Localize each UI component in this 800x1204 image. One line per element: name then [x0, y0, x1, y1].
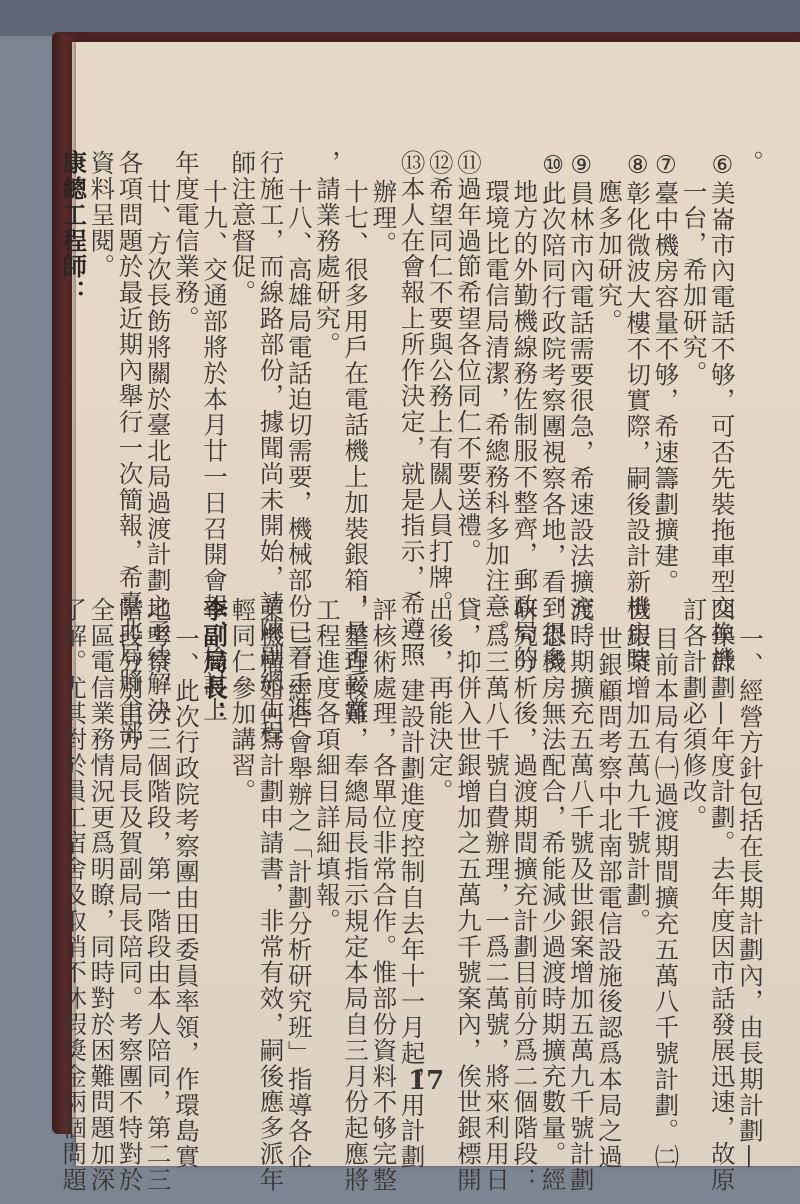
text-column: ，整理較難，奉總局長指示規定本局自三月份起應將 — [341, 597, 369, 1067]
text-column: 各項問題於最近期內舉行一次簡報，希臺北局將全部 — [115, 150, 143, 580]
text-column: 訂各計劃必須修改。 — [679, 597, 707, 1067]
item-6: ⑥美崙市內電話不够，可否先裝拖車型交換機 — [708, 150, 736, 580]
section-2: 二、建設計劃進度控制自去年十一月起，用計劃 — [397, 597, 425, 1067]
item-19: 十九、交通部將於本月廿一日召開會報，檢討上 — [200, 150, 228, 580]
text-column: 應多加研究。 — [595, 150, 623, 580]
section-1-li: 一、此次行政院考察團由田委員率領，作環島實 — [172, 597, 200, 1067]
text-column: 業機構如何寫計劃申請書，非常有效，嗣後應多派年 — [256, 597, 284, 1067]
text-column: 地考察，分三個階段，第一階段由本人陪同，第二三 — [144, 597, 172, 1067]
item-11: ⑪過年過節希望各位同仁不要送禮。 — [454, 150, 482, 580]
item-17: 十七、很多用戶在電話機上加裝銀箱，是否妥當 — [341, 150, 369, 580]
text-column: 四年計劃—年度計劃。去年度因市話發展迅速，故原 — [708, 597, 736, 1067]
section-1: 一、經營方針包括在長期計劃內，由長期計劃— — [736, 597, 764, 1067]
background-top — [0, 0, 800, 36]
text-column: 環境比電信局清潔，希總務科多加注意。 — [482, 150, 510, 580]
text-column: 年度電信業務。 — [172, 150, 200, 580]
item-12: ⑫希望同仁不要與公務上有關人員打牌。 — [426, 150, 454, 580]
text-column: 世銀案增加五萬九千號計劃。 — [623, 597, 651, 1067]
text-column: 師注意督促。 — [228, 150, 256, 580]
page-number: 17 — [408, 1066, 444, 1096]
text-column: 資料呈閱。 — [87, 150, 115, 580]
item-7: ⑦臺中機房容量不够，希速籌劃擴建。 — [651, 150, 679, 580]
text-column: 貸，抑併入世銀增加之五萬九千號案內，俟世銀標開 — [454, 597, 482, 1067]
upper-text-block: 。 ⑥美崙市內電話不够，可否先裝拖車型交換機 一台，希加研究。 ⑦臺中機房容量不… — [59, 150, 764, 580]
lower-text-block: 一、經營方針包括在長期計劃內，由長期計劃— 四年計劃—年度計劃。去年度因市話發展… — [59, 597, 764, 1067]
text-column: 渡時期擴充五萬八千號及世銀案增加五萬九千號計劃 — [567, 597, 595, 1067]
text-column: ，恐機房無法配合，希能減少過渡時期擴充數量。經 — [538, 597, 566, 1067]
text-column: 地方的外勤機線務佐制服不整齊，郵政局的 — [510, 150, 538, 580]
item-9: ⑨員林市內電話需要很急，希速設法擴充。 — [567, 150, 595, 580]
text-column: 研究分析後，過渡期間擴充計劃目前分爲二個階段： — [510, 597, 538, 1067]
item-18: 十八、高雄局電話迫切需要，機械部份已着手進 — [285, 150, 313, 580]
text-column: 世銀顧問考察中北南部電信設施後認爲本局之過 — [595, 597, 623, 1067]
speaker-heading-kang: 康總工程師： — [59, 150, 87, 580]
section-3: 三、經合會舉辦之「計劃分析研究班」指導各企 — [285, 597, 313, 1067]
text-column: 。 — [736, 150, 764, 580]
speaker-heading-li: 李副局長： — [200, 597, 228, 1067]
text-column: 階段分別由方局長及賀副局長陪同。考察團不特對於 — [115, 597, 143, 1067]
text-column: 工程進度各項細目詳細填報。 — [313, 597, 341, 1067]
item-8: ⑧彰化微波大樓不切實際，嗣後設計新機房時 — [623, 150, 651, 580]
text-column: 評核術處理，各單位非常合作。惟部份資料不够完整 — [369, 597, 397, 1067]
text-column: 一台，希加研究。 — [679, 150, 707, 580]
text-column: 全區電信業務情況更爲明瞭，同時對於困難問題加深 — [87, 597, 115, 1067]
text-column: 輕同仁參加講習。 — [228, 597, 256, 1067]
text-column: 辦理。 — [369, 150, 397, 580]
text-column: 了解。尤其對於員工宿舍及取消不休假獎金兩個問題 — [59, 597, 87, 1067]
text-column: ，請業務處研究。 — [313, 150, 341, 580]
text-column: 行施工，而線路部份，據聞尚未開始，請陳副總工程 — [256, 150, 284, 580]
text-column: 一爲三萬八千號自費辦理，一爲二萬號，將來利用日 — [482, 597, 510, 1067]
text-column: 目前本局有㈠過渡期間擴充五萬八千號計劃。㈡ — [651, 597, 679, 1067]
item-20: 廿、方次長飭將關於臺北局過渡計劃之亟待解決 — [144, 150, 172, 580]
text-column: 出後，再能決定。 — [426, 597, 454, 1067]
item-13: ⑬本人在會報上所作決定，就是指示，希遵照 — [397, 150, 425, 580]
item-10: ⑩此次陪同行政院考察團視察各地，看到很多 — [538, 150, 566, 580]
